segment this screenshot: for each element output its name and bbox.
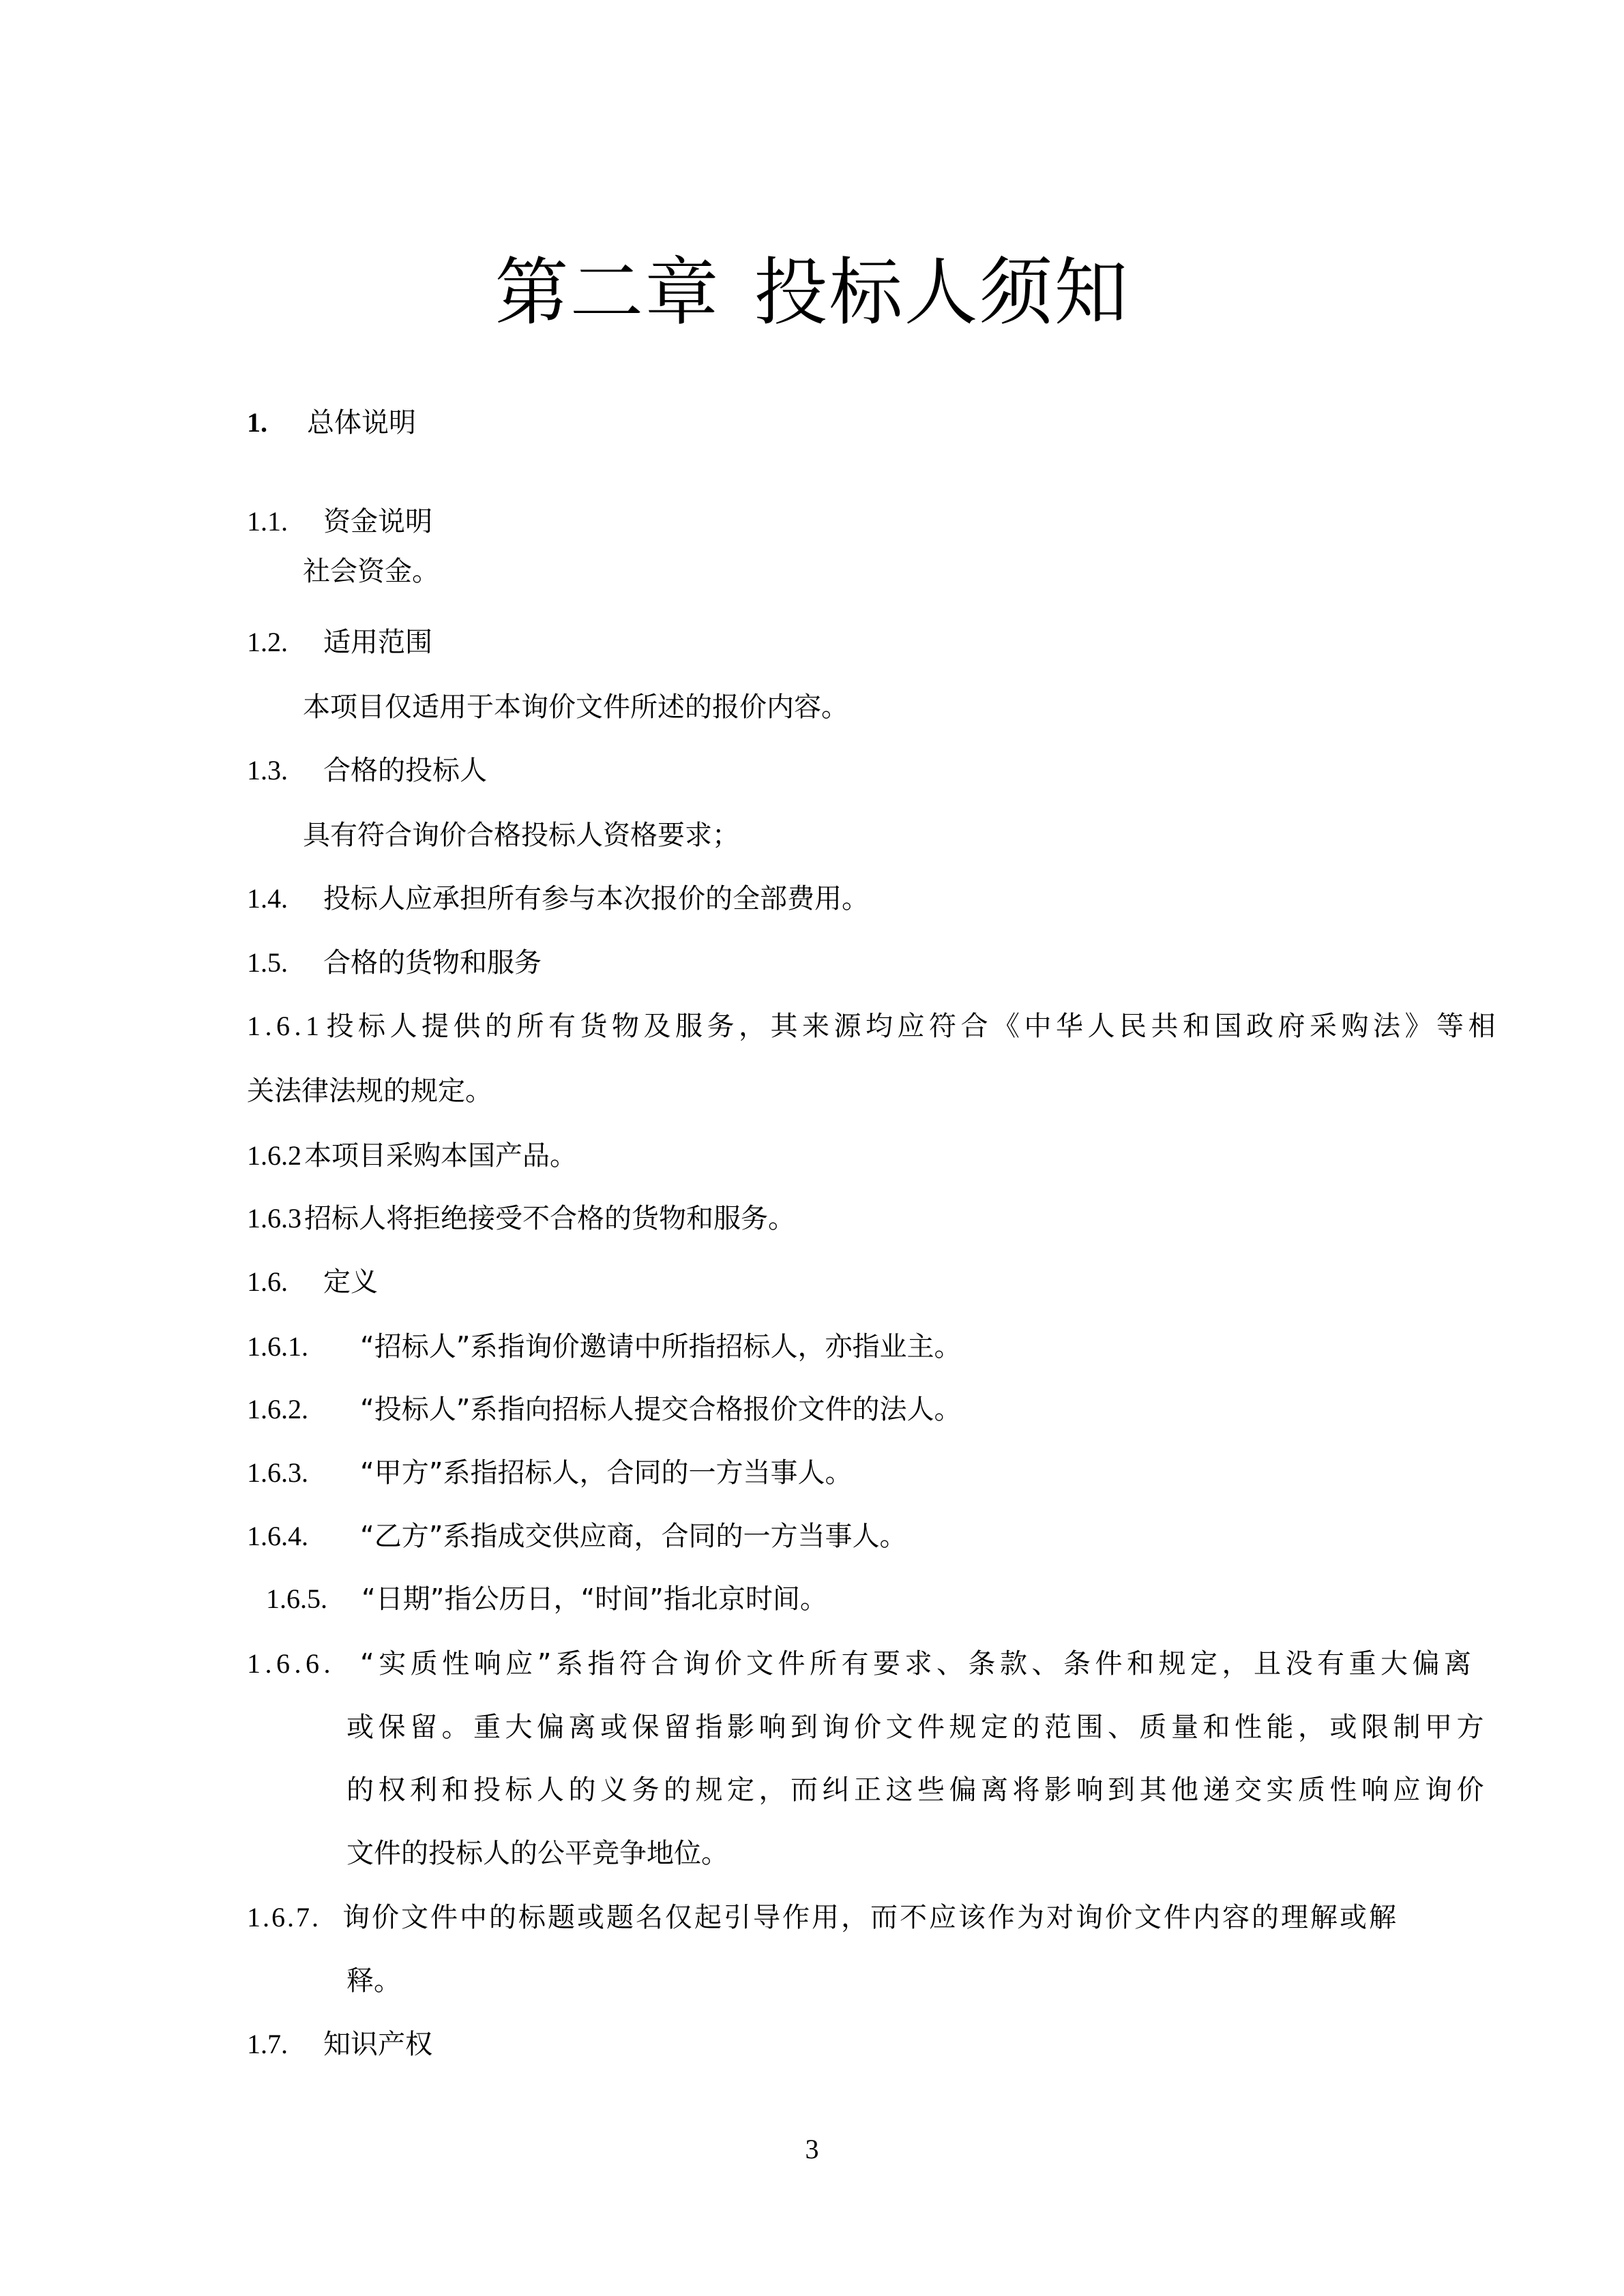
clause-continuation: 或保留。重大偏离或保留指影响到询价文件规定的范围、质量和性能，或限制甲方 [346, 1710, 1488, 1744]
chapter-title: 第二章投标人须知 [0, 254, 1624, 333]
clause-continuation: 的权利和投标人的义务的规定，而纠正这些偏离将影响到其他递交实质性响应询价 [346, 1773, 1488, 1807]
clause-1-6-3-goods: 1.6.3招标人将拒绝接受不合格的货物和服务。 [247, 1202, 795, 1236]
section-heading-text: 适用范围 [323, 627, 432, 658]
section-heading-text: 定义 [323, 1266, 378, 1298]
section-heading-text: 合格的投标人 [323, 755, 487, 786]
clause-continuation: 关法律法规的规定。 [247, 1074, 492, 1108]
section-heading-1-3: 1.3.合格的投标人 [247, 754, 487, 788]
clause-text: “投标人”系指向招标人提交合格报价文件的法人。 [360, 1394, 961, 1425]
section-heading-text: 资金说明 [323, 506, 432, 537]
section-heading-text: 知识产权 [323, 2029, 432, 2060]
section-heading-text: 投标人应承担所有参与本次报价的全部费用。 [323, 883, 869, 914]
section-heading-1-5: 1.5.合格的货物和服务 [247, 946, 542, 980]
definition-1-6-4: 1.6.4.“乙方”系指成交供应商，合同的一方当事人。 [247, 1519, 906, 1553]
section-heading-1-2: 1.2.适用范围 [247, 625, 432, 659]
clause-number: 1.6.5. [266, 1582, 361, 1616]
clause-number: 1.6.4. [247, 1519, 360, 1553]
clause-number: 1.6.6. [247, 1647, 360, 1681]
section-heading-1-6: 1.6.定义 [247, 1265, 378, 1299]
definition-1-6-6: 1.6.6.“实质性响应”系指符合询价文件所有要求、条款、条件和规定，且没有重大… [247, 1647, 1475, 1681]
clause-1-6-2-goods: 1.6.2本项目采购本国产品。 [247, 1139, 577, 1173]
section-number: 1.1. [247, 505, 323, 539]
section-number: 1.2. [247, 625, 323, 659]
clause-text: “甲方”系指招标人，合同的一方当事人。 [360, 1457, 852, 1489]
chapter-name: 投标人须知 [754, 250, 1130, 336]
chapter-number: 第二章 [494, 250, 720, 336]
clause-number: 1.6.1 [247, 1009, 324, 1043]
clause-number: 1.6.7. [247, 1900, 342, 1935]
definition-1-6-2: 1.6.2.“投标人”系指向招标人提交合格报价文件的法人。 [247, 1392, 961, 1427]
definition-1-6-5: 1.6.5.“日期”指公历日，“时间”指北京时间。 [266, 1582, 827, 1616]
clause-number: 1.6.3. [247, 1456, 360, 1490]
section-number: 1.6. [247, 1265, 323, 1299]
section-number: 1.7. [247, 2027, 323, 2061]
clause-number: 1.6.2. [247, 1392, 360, 1427]
clause-text: 投标人提供的所有货物及服务，其来源均应符合《中华人民共和国政府采购法》等相 [327, 1011, 1501, 1042]
section-number: 1.5. [247, 946, 323, 980]
clause-continuation: 文件的投标人的公平竞争地位。 [346, 1836, 728, 1870]
body-paragraph: 具有符合询价合格投标人资格要求； [303, 818, 739, 852]
body-paragraph: 本项目仅适用于本询价文件所述的报价内容。 [303, 690, 848, 724]
page-number: 3 [0, 2133, 1624, 2165]
clause-text: “乙方”系指成交供应商，合同的一方当事人。 [360, 1521, 906, 1552]
section-number: 1. [247, 406, 307, 440]
clause-number: 1.6.2 [247, 1139, 301, 1173]
clause-text: 本项目采购本国产品。 [304, 1140, 577, 1172]
clause-number: 1.6.1. [247, 1330, 360, 1364]
clause-continuation: 释。 [346, 1964, 401, 1998]
section-number: 1.4. [247, 882, 323, 916]
section-heading-1-7: 1.7.知识产权 [247, 2027, 432, 2061]
clause-text: 询价文件中的标题或题名仅起引导作用，而不应该作为对询价文件内容的理解或解 [342, 1902, 1398, 1933]
clause-text: 招标人将拒绝接受不合格的货物和服务。 [304, 1203, 795, 1234]
clause-number: 1.6.3 [247, 1202, 301, 1236]
section-heading-1: 1.总体说明 [247, 406, 416, 440]
clause-1-6-1-goods: 1.6.1投标人提供的所有货物及服务，其来源均应符合《中华人民共和国政府采购法》… [247, 1009, 1500, 1043]
section-heading-1-4: 1.4.投标人应承担所有参与本次报价的全部费用。 [247, 882, 869, 916]
document-page: 第二章投标人须知 1.总体说明 1.1.资金说明 社会资金。 1.2.适用范围 … [0, 0, 1624, 2296]
definition-1-6-7: 1.6.7.询价文件中的标题或题名仅起引导作用，而不应该作为对询价文件内容的理解… [247, 1900, 1398, 1935]
definition-1-6-3: 1.6.3.“甲方”系指招标人，合同的一方当事人。 [247, 1456, 852, 1490]
section-heading-text: 合格的货物和服务 [323, 947, 542, 979]
body-paragraph: 社会资金。 [303, 554, 439, 588]
clause-text: “招标人”系指询价邀请中所指招标人，亦指业主。 [360, 1331, 961, 1362]
section-number: 1.3. [247, 754, 323, 788]
clause-text: “实质性响应”系指符合询价文件所有要求、条款、条件和规定，且没有重大偏离 [360, 1648, 1475, 1680]
clause-text: “日期”指公历日，“时间”指北京时间。 [361, 1583, 827, 1615]
definition-1-6-1: 1.6.1.“招标人”系指询价邀请中所指招标人，亦指业主。 [247, 1330, 961, 1364]
section-heading-text: 总体说明 [307, 407, 416, 438]
section-heading-1-1: 1.1.资金说明 [247, 505, 432, 539]
